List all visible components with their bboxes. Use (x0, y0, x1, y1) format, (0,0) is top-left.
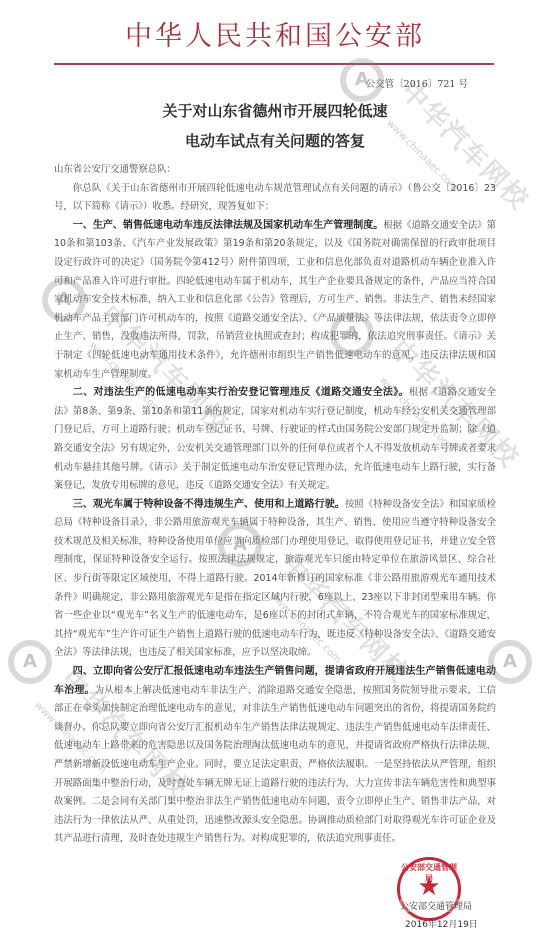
watermark-logo-icon: A (8, 640, 52, 684)
section-text-4: 为从根本上解决低速电动车非法生产、消除道路交通安全隐患，按照国务院领导批示要求，… (54, 685, 496, 845)
document-title-line-2: 电动车试点有关问题的答复 (0, 130, 550, 151)
red-divider-rule (54, 63, 494, 65)
section-heading-3: 三、观光车属于特种设备不得违规生产、使用和上道路行驶。 (73, 499, 345, 510)
section-text-3: 按照《特种设备安全法》和国家质检总局《特种设备目录》，非公路用旅游观光车辆属于特… (54, 499, 496, 659)
document-body: 山东省公安厅交通警察总队： 你总队《关于山东省德州市开展四轮低速电动车规范管理试… (54, 161, 496, 849)
section-paragraph-4: 四、立即向省公安厅汇报低速电动车违法生产销售问题，提请省政府开展违法生产销售低速… (54, 663, 496, 849)
document-number: 公交管〔2016〕721 号 (366, 76, 468, 90)
document-title-line-1: 关于对山东省德州市开展四轮低速 (0, 100, 550, 121)
section-text-2: 根据《道路交通安全法》第8条、第9条、第10条和第11条的规定，国家对机动车实行… (54, 387, 496, 491)
document-page: 中华人民共和国公安部 公交管〔2016〕721 号 关于对山东省德州市开展四轮低… (0, 0, 550, 944)
section-text-1: 根据《道路交通安全法》第10条和第103条、《汽车产业发展政策》第19条和第20… (54, 220, 496, 380)
section-heading-2: 二、对违法生产的低速电动车实行治安登记管理违反《道路交通安全法》。 (73, 387, 409, 398)
addressee: 山东省公安厅交通警察总队： (54, 161, 496, 180)
issuer-heading: 中华人民共和国公安部 (0, 14, 550, 53)
section-paragraph-1: 一、生产、销售低速电动车违反法律法规及国家机动车生产管理制度。根据《道路交通安全… (54, 217, 496, 384)
section-paragraph-3: 三、观光车属于特种设备不得违规生产、使用和上道路行驶。按照《特种设备安全法》和国… (54, 496, 496, 663)
signing-organization: 公安部交通管理局 (400, 899, 472, 912)
red-star-icon: ★ (400, 874, 458, 900)
intro-paragraph: 你总队《关于山东省德州市开展四轮低速电动车规范管理试点有关问题的请示》（鲁公交〔… (54, 180, 496, 217)
signing-date: 2016年12月19日 (405, 917, 478, 930)
section-heading-1: 一、生产、销售低速电动车违反法律法规及国家机动车生产管理制度。 (73, 220, 384, 231)
section-paragraph-2: 二、对违法生产的低速电动车实行治安登记管理违反《道路交通安全法》。根据《道路交通… (54, 384, 496, 496)
